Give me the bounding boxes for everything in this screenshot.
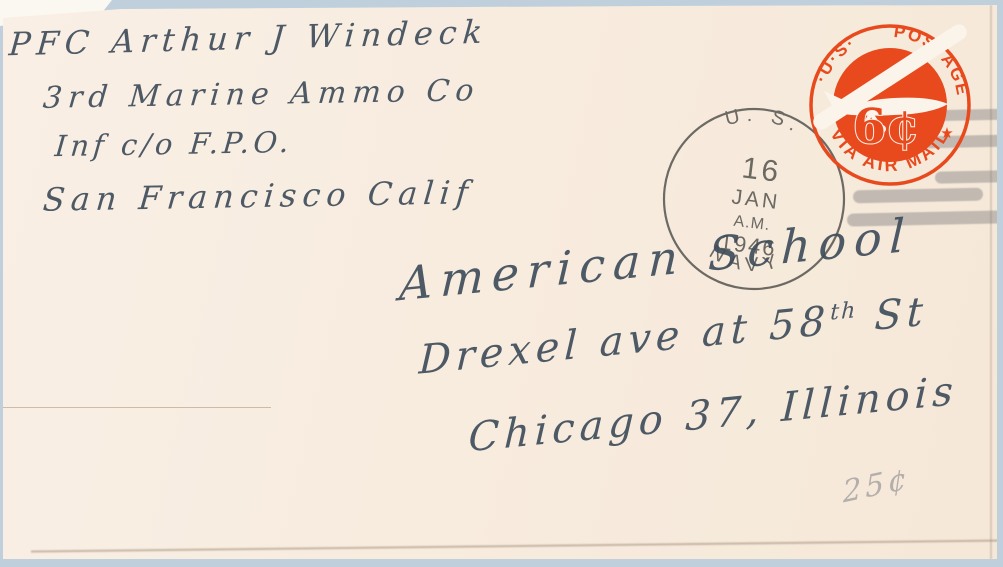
recipient-line2-street: Drexel ave at 58 <box>418 298 831 384</box>
return-address-line3: Inf c/o F.P.O. <box>54 125 295 163</box>
crease-line <box>3 407 271 408</box>
recipient-address: American School Drexel ave at 58th St Ch… <box>388 191 1000 506</box>
airmail-stamp: ·U·S· POSTAGE VIA AIR MAIL 6¢ <box>798 13 982 197</box>
pencil-note: 25¢ <box>842 461 911 511</box>
recipient-line2-ordinal: th <box>830 298 858 326</box>
recipient-line2: Drexel ave at 58th St <box>418 288 929 383</box>
return-address-line4: San Francisco Calif <box>41 173 475 219</box>
scanned-envelope-photo: PFC Arthur J Windeck 3rd Marine Ammo Co … <box>0 0 1003 567</box>
envelope-right-edge <box>990 5 992 559</box>
return-address-line2: 3rd Marine Ammo Co <box>41 73 481 116</box>
return-address-line1: PFC Arthur J Windeck <box>8 13 490 64</box>
envelope-bottom-edge <box>31 539 1003 552</box>
stamp-denomination: 6¢ <box>853 99 920 155</box>
postmark-day: 16 <box>740 151 783 189</box>
recipient-line3: Chicago 37, Illinois <box>468 368 959 462</box>
svg-text:U. S.: U. S. <box>720 103 808 140</box>
postmark-top-text: U. S. <box>720 103 808 140</box>
stamp-star-icon: ★ <box>940 124 953 142</box>
recipient-line2-suffix: St <box>856 288 929 341</box>
envelope: PFC Arthur J Windeck 3rd Marine Ammo Co … <box>3 5 997 559</box>
return-address: PFC Arthur J Windeck 3rd Marine Ammo Co … <box>3 5 523 255</box>
